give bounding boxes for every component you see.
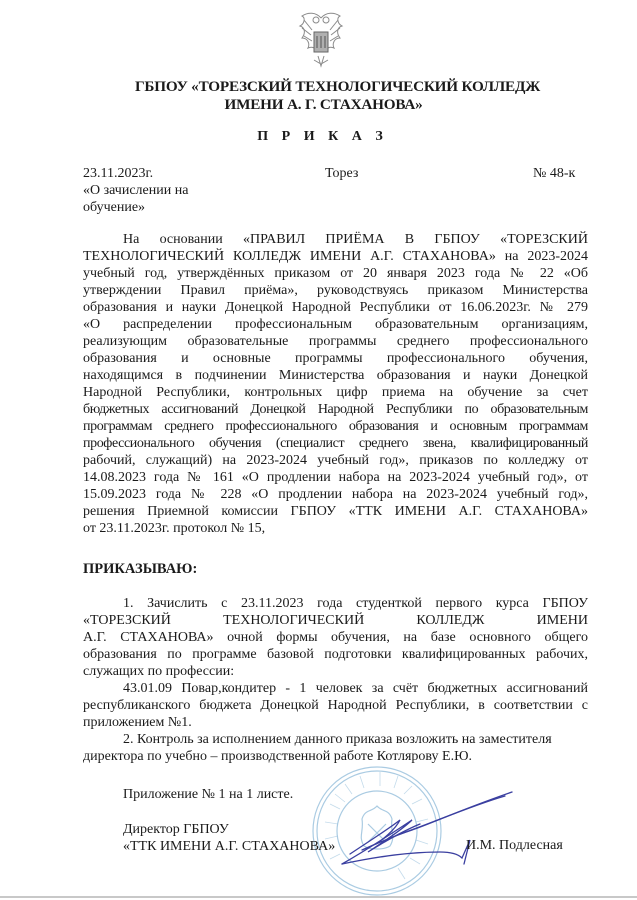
text-line: приложением №1.	[83, 714, 588, 731]
appendix-note: Приложение № 1 на 1 листе.	[123, 787, 293, 803]
text-line: утверждении Правил приёма», руководствуя…	[83, 282, 588, 299]
order-number: № 48-к	[533, 165, 575, 182]
text-line: 14.08.2023 года № 161 «О продлении набор…	[83, 469, 588, 486]
text-line: служащих по профессии:	[83, 663, 588, 680]
order-date: 23.11.2023г.	[83, 165, 153, 182]
text-line: рабочий, служащий) на 2023-2024 учебный …	[83, 452, 588, 469]
profession-line: 43.01.09 Повар,кондитер - 1 человек за с…	[83, 680, 588, 697]
organization-title: ГБПОУ «ТОРЕЗСКИЙ ТЕХНОЛОГИЧЕСКИЙ КОЛЛЕДЖ…	[0, 78, 637, 114]
text-line: решения Приемной комиссии ГБПОУ «ТТК ИМЕ…	[83, 503, 588, 520]
org-title-line1: ГБПОУ «ТОРЕЗСКИЙ ТЕХНОЛОГИЧЕСКИЙ КОЛЛЕДЖ	[0, 78, 637, 96]
text-line: 15.09.2023 года № 228 «О продлении набор…	[83, 486, 588, 503]
text-line: от 23.11.2023г. протокол № 15,	[83, 520, 588, 537]
text-line: образования и основные программы професс…	[83, 350, 588, 367]
text-line: республиканского бюджета Донецкой Народн…	[83, 697, 588, 714]
document-type: П Р И К А З	[0, 129, 637, 145]
order-item-1: 1. Зачислить с 23.11.2023 года студентко…	[83, 595, 588, 612]
text-line: директора по учебно – производственной р…	[83, 748, 588, 765]
text-line: образования и науки Донецкой Народной Ре…	[83, 299, 588, 316]
signatory-title-line1: Директор ГБПОУ	[123, 821, 335, 838]
text-line: программам среднего профессионального об…	[83, 418, 588, 435]
text-line: Народной Республики, контрольных цифр пр…	[83, 384, 588, 401]
text-line: «ТОРЕЗСКИЙ ТЕХНОЛОГИЧЕСКИЙ КОЛЛЕДЖ ИМЕНИ	[83, 612, 588, 629]
text-line: образования по программе базовой подгото…	[83, 646, 588, 663]
document-page: ГБПОУ «ТОРЕЗСКИЙ ТЕХНОЛОГИЧЕСКИЙ КОЛЛЕДЖ…	[0, 0, 637, 900]
text-line: А.Г. СТАХАНОВА» очной формы обучения, на…	[83, 629, 588, 646]
text-line: учебный год, утверждённых приказом от 20…	[83, 265, 588, 282]
text-line: находящимся в подчинении Министерства об…	[83, 367, 588, 384]
org-title-line2: ИМЕНИ А. Г. СТАХАНОВА»	[0, 96, 637, 114]
order-items: 1. Зачислить с 23.11.2023 года студентко…	[83, 595, 588, 765]
text-line: На основании «ПРАВИЛ ПРИЁМА В ГБПОУ «ТОР…	[83, 231, 588, 248]
preamble-paragraph: На основании «ПРАВИЛ ПРИЁМА В ГБПОУ «ТОР…	[83, 231, 588, 537]
text-line: бюджетных ассигнований Донецкой Народной…	[83, 401, 588, 418]
page-bottom-edge	[0, 896, 637, 898]
signatory-title-line2: «ТТК ИМЕНИ А.Г. СТАХАНОВА»	[123, 838, 335, 855]
text-line: «О распределении профессиональным образо…	[83, 316, 588, 333]
order-subject: «О зачислении на обучение»	[83, 182, 233, 216]
handwritten-signature	[340, 790, 515, 870]
text-line: реализующим образовательные программы ср…	[83, 333, 588, 350]
order-city: Торез	[325, 165, 358, 182]
text-line: профессионального обучения (специалист с…	[83, 435, 588, 452]
text-line: ТЕХНОЛОГИЧЕСКИЙ КОЛЛЕДЖ ИМЕНИ А.Г. СТАХА…	[83, 248, 588, 265]
order-item-2: 2. Контроль за исполнением данного прика…	[83, 731, 588, 748]
signatory-name: И.М. Подлесная	[466, 838, 563, 854]
signatory-title: Директор ГБПОУ «ТТК ИМЕНИ А.Г. СТАХАНОВА…	[123, 821, 335, 855]
subject-line: обучение»	[83, 199, 233, 216]
order-heading: ПРИКАЗЫВАЮ:	[83, 561, 197, 578]
coat-of-arms-icon	[296, 8, 346, 70]
subject-line: «О зачислении на	[83, 182, 233, 199]
